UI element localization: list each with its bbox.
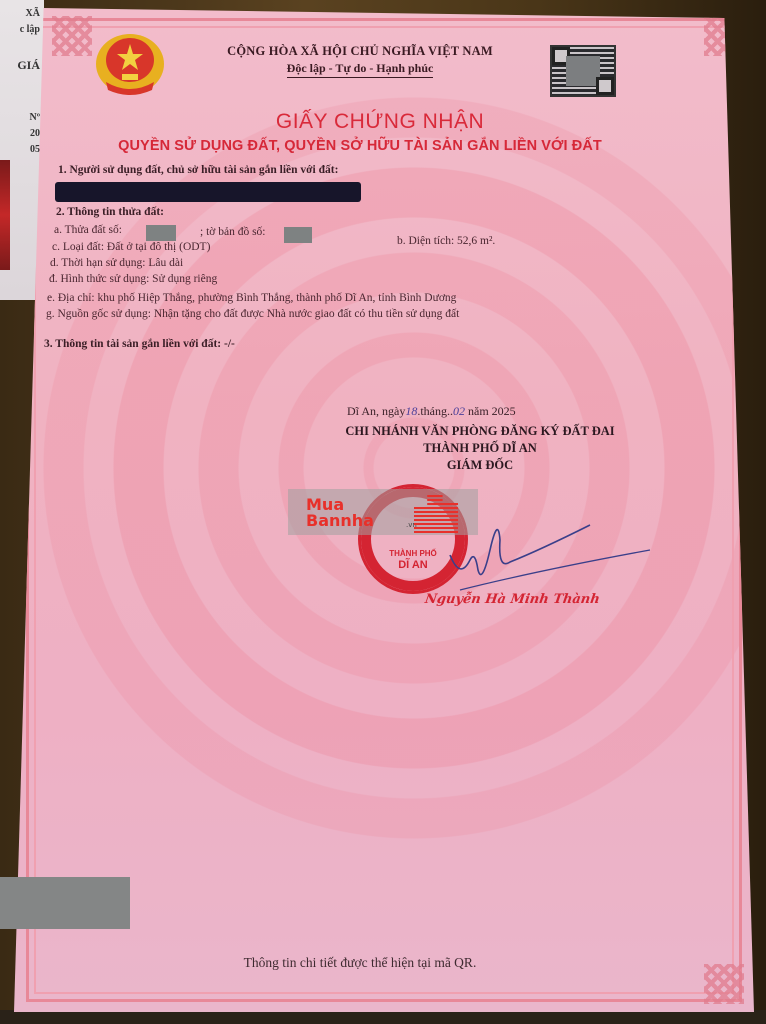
section-3-label-text: 3. Thông tin tài sản gắn liền với đất: bbox=[44, 338, 221, 350]
section-3-label: 3. Thông tin tài sản gắn liền với đất: -… bbox=[44, 338, 235, 350]
serial-redaction bbox=[0, 877, 130, 929]
background-object bbox=[0, 160, 10, 270]
year-label: năm 2025 bbox=[468, 404, 516, 418]
background-text: 20 bbox=[30, 128, 40, 139]
origin-field: g. Nguồn gốc sử dụng: Nhận tặng cho đất … bbox=[46, 308, 459, 320]
certificate-subtitle: QUYỀN SỬ DỤNG ĐẤT, QUYỀN SỞ HỮU TÀI SẢN … bbox=[50, 138, 670, 154]
usage-form-field: đ. Hình thức sử dụng: Sử dụng riêng bbox=[49, 273, 217, 285]
background-text: GIÁ bbox=[17, 58, 40, 73]
owner-name-redaction bbox=[55, 182, 361, 202]
signer-name: Nguyễn Hà Minh Thành bbox=[424, 592, 601, 607]
national-motto: Độc lập - Tự do - Hạnh phúc bbox=[287, 61, 434, 78]
qr-note: Thông tin chi tiết được thể hiện tại mã … bbox=[180, 955, 540, 971]
day-value: 18 bbox=[405, 404, 417, 418]
corner-ornament-icon bbox=[704, 964, 744, 1004]
place-date: Dĩ An, ngày18.tháng..02 năm 2025 bbox=[347, 404, 516, 419]
area-field: b. Diện tích: 52,6 m². bbox=[397, 235, 495, 247]
month-value: 02 bbox=[453, 404, 465, 418]
corner-ornament-icon bbox=[52, 16, 92, 56]
qr-redaction bbox=[566, 56, 600, 86]
background-text: 05 bbox=[30, 144, 40, 155]
map-sheet-label: ; tờ bản đồ số: bbox=[200, 226, 266, 238]
place-label: Dĩ An, ngày bbox=[347, 404, 405, 418]
certificate-title: GIẤY CHỨNG NHẬN bbox=[160, 110, 600, 134]
background-table bbox=[0, 1010, 766, 1024]
section-1-label: 1. Người sử dụng đất, chủ sở hữu tài sản… bbox=[58, 164, 338, 176]
issuing-office: CHI NHÁNH VĂN PHÒNG ĐĂNG KÝ ĐẤT ĐAI THÀN… bbox=[300, 423, 660, 474]
parcel-number-label: a. Thửa đất số: bbox=[54, 224, 122, 236]
national-emblem-icon bbox=[92, 30, 168, 100]
national-header: CỘNG HÒA XÃ HỘI CHỦ NGHĨA VIỆT NAM Độc l… bbox=[190, 44, 530, 78]
corner-ornament-icon bbox=[704, 16, 744, 56]
background-text: XÃ bbox=[26, 8, 40, 19]
land-type-field: c. Loại đất: Đất ở tại đô thị (ODT) bbox=[52, 241, 210, 253]
section-3-value: -/- bbox=[224, 338, 235, 350]
usage-term-field: d. Thời hạn sử dụng: Lâu dài bbox=[50, 257, 183, 269]
background-text: Nº bbox=[29, 112, 40, 123]
nation-name: CỘNG HÒA XÃ HỘI CHỦ NGHĨA VIỆT NAM bbox=[190, 44, 530, 59]
month-label: tháng bbox=[420, 404, 447, 418]
office-line-1: CHI NHÁNH VĂN PHÒNG ĐĂNG KÝ ĐẤT ĐAI bbox=[300, 423, 660, 440]
office-line-2: THÀNH PHỐ DĨ AN bbox=[300, 440, 660, 457]
map-sheet-redaction bbox=[284, 227, 312, 243]
parcel-number-redaction bbox=[146, 225, 176, 241]
office-line-3: GIÁM ĐỐC bbox=[300, 457, 660, 474]
address-field: e. Địa chỉ: khu phố Hiệp Thắng, phường B… bbox=[47, 292, 456, 304]
background-text: c lập bbox=[20, 24, 40, 35]
qr-code-icon[interactable] bbox=[550, 45, 616, 97]
section-2-label: 2. Thông tin thửa đất: bbox=[56, 206, 164, 218]
watermark-text-2: Bannha bbox=[306, 513, 374, 529]
